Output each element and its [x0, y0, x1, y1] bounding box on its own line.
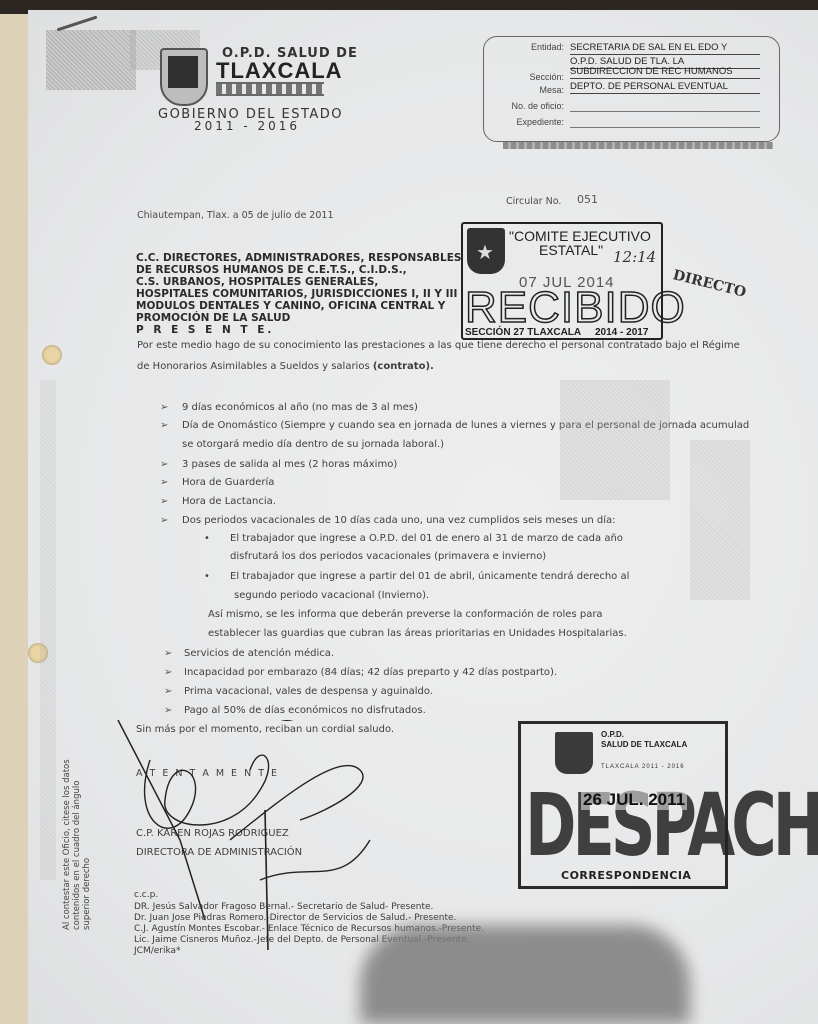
field-entidad: SECRETARIA DE SAL EN EL EDO Y	[570, 42, 760, 55]
place-date: Chiautempan, Tlax. a 05 de julio de 2011	[137, 210, 334, 221]
union-emblem-icon: ★	[467, 228, 505, 274]
field-label-entidad: Entidad:	[484, 42, 564, 52]
benefit-item: Prima vacacional, vales de despensa y ag…	[184, 686, 433, 697]
received-stamp: ★ "COMITE EJECUTIVO ESTATAL" 12:14 07 JU…	[461, 222, 663, 340]
dispatched-date: 26 JUL. 2011	[581, 790, 687, 810]
circular-label: Circular No.	[506, 196, 561, 207]
benefit-item: Pago al 50% de días económicos no disfru…	[184, 705, 426, 716]
cardboard-folder	[0, 14, 30, 1024]
dispatched-footer: CORRESPONDENCIA	[561, 869, 691, 882]
circular-number: 051	[577, 193, 598, 206]
field-label-seccion: Sección:	[484, 72, 564, 82]
received-word: RECIBIDO	[465, 284, 686, 332]
received-section: SECCIÓN 27 TLAXCALA2014 - 2017	[465, 327, 581, 338]
phone-shadow	[360, 925, 690, 1024]
field-label-mesa: Mesa:	[484, 85, 564, 95]
handwritten-time: 12:14	[613, 248, 656, 266]
vacation-subitem: El trabajador que ingrese a O.P.D. del 0…	[230, 533, 623, 544]
side-note: Al contestar este Oficio, citese los dat…	[62, 759, 92, 930]
letterhead-years: 2011 - 2016	[194, 119, 300, 133]
routing-box: Entidad:SECRETARIA DE SAL EN EL EDO Y O.…	[483, 36, 780, 142]
field-mesa: DEPTO. DE PERSONAL EVENTUAL	[570, 81, 760, 94]
benefit-item: Incapacidad por embarazo (84 días; 42 dí…	[184, 667, 557, 678]
benefit-item-continuation: se otorgará medio día dentro de su jorna…	[182, 439, 444, 450]
benefit-item: 3 pases de salida al mes (2 horas máximo…	[182, 459, 397, 470]
benefit-item: Hora de Guardería	[182, 477, 274, 488]
scan-noise	[40, 380, 56, 880]
intro-line-2: de Honorarios Asimilables a Sueldos y sa…	[137, 361, 434, 372]
scan-noise	[690, 440, 750, 600]
state-emblem-icon	[555, 732, 593, 774]
dispatched-stamp: O.P.D.SALUD DE TLAXCALA TLAXCALA 2011 - …	[518, 721, 728, 889]
cc-entry: DR. Jesús Salvador Fragoso Bernal.- Secr…	[134, 902, 433, 914]
field-seccion: SUBDIRECCION DE REC HUMANOS	[570, 66, 760, 79]
letterhead-pattern	[216, 82, 324, 96]
benefit-item: Hora de Lactancia.	[182, 496, 276, 507]
letterhead-org-name: TLAXCALA	[216, 58, 343, 84]
field-label-oficio: No. de oficio:	[484, 101, 564, 111]
intro-line-1: Por este medio hago de su conocimiento l…	[137, 340, 740, 351]
state-emblem-icon	[160, 48, 208, 106]
field-oficio	[570, 99, 760, 112]
benefit-item: Dos periodos vacacionales de 10 días cad…	[182, 515, 616, 526]
guards-note-line-2: establecer las guardias que cubran las á…	[208, 628, 627, 639]
addressee-block: C.C. DIRECTORES, ADMINISTRADORES, RESPON…	[136, 252, 461, 336]
vacation-subitem: El trabajador que ingrese a partir del 0…	[230, 571, 629, 582]
field-expediente	[570, 115, 760, 128]
cc-entry: JCM/erika*	[134, 946, 181, 958]
cc-label: c.c.p.	[134, 890, 158, 902]
punch-hole	[42, 345, 62, 365]
scan-noise	[560, 380, 670, 500]
field-label-expediente: Expediente:	[484, 117, 564, 127]
guards-note-line-1: Así mismo, se les informa que deberán pr…	[208, 609, 603, 620]
vacation-subitem-cont: disfrutará los dos periodos vacacionales…	[230, 551, 546, 562]
vacation-subitem-cont: segundo periodo vacacional (Invierno).	[234, 590, 429, 601]
cc-entry: Dr. Juan Jose Piedras Romero.-Director d…	[134, 913, 456, 925]
benefit-item: Servicios de atención médica.	[184, 648, 334, 659]
scan-strip	[503, 142, 773, 149]
scan-noise	[46, 30, 136, 90]
benefit-item: 9 días económicos al año (no mas de 3 al…	[182, 402, 418, 413]
